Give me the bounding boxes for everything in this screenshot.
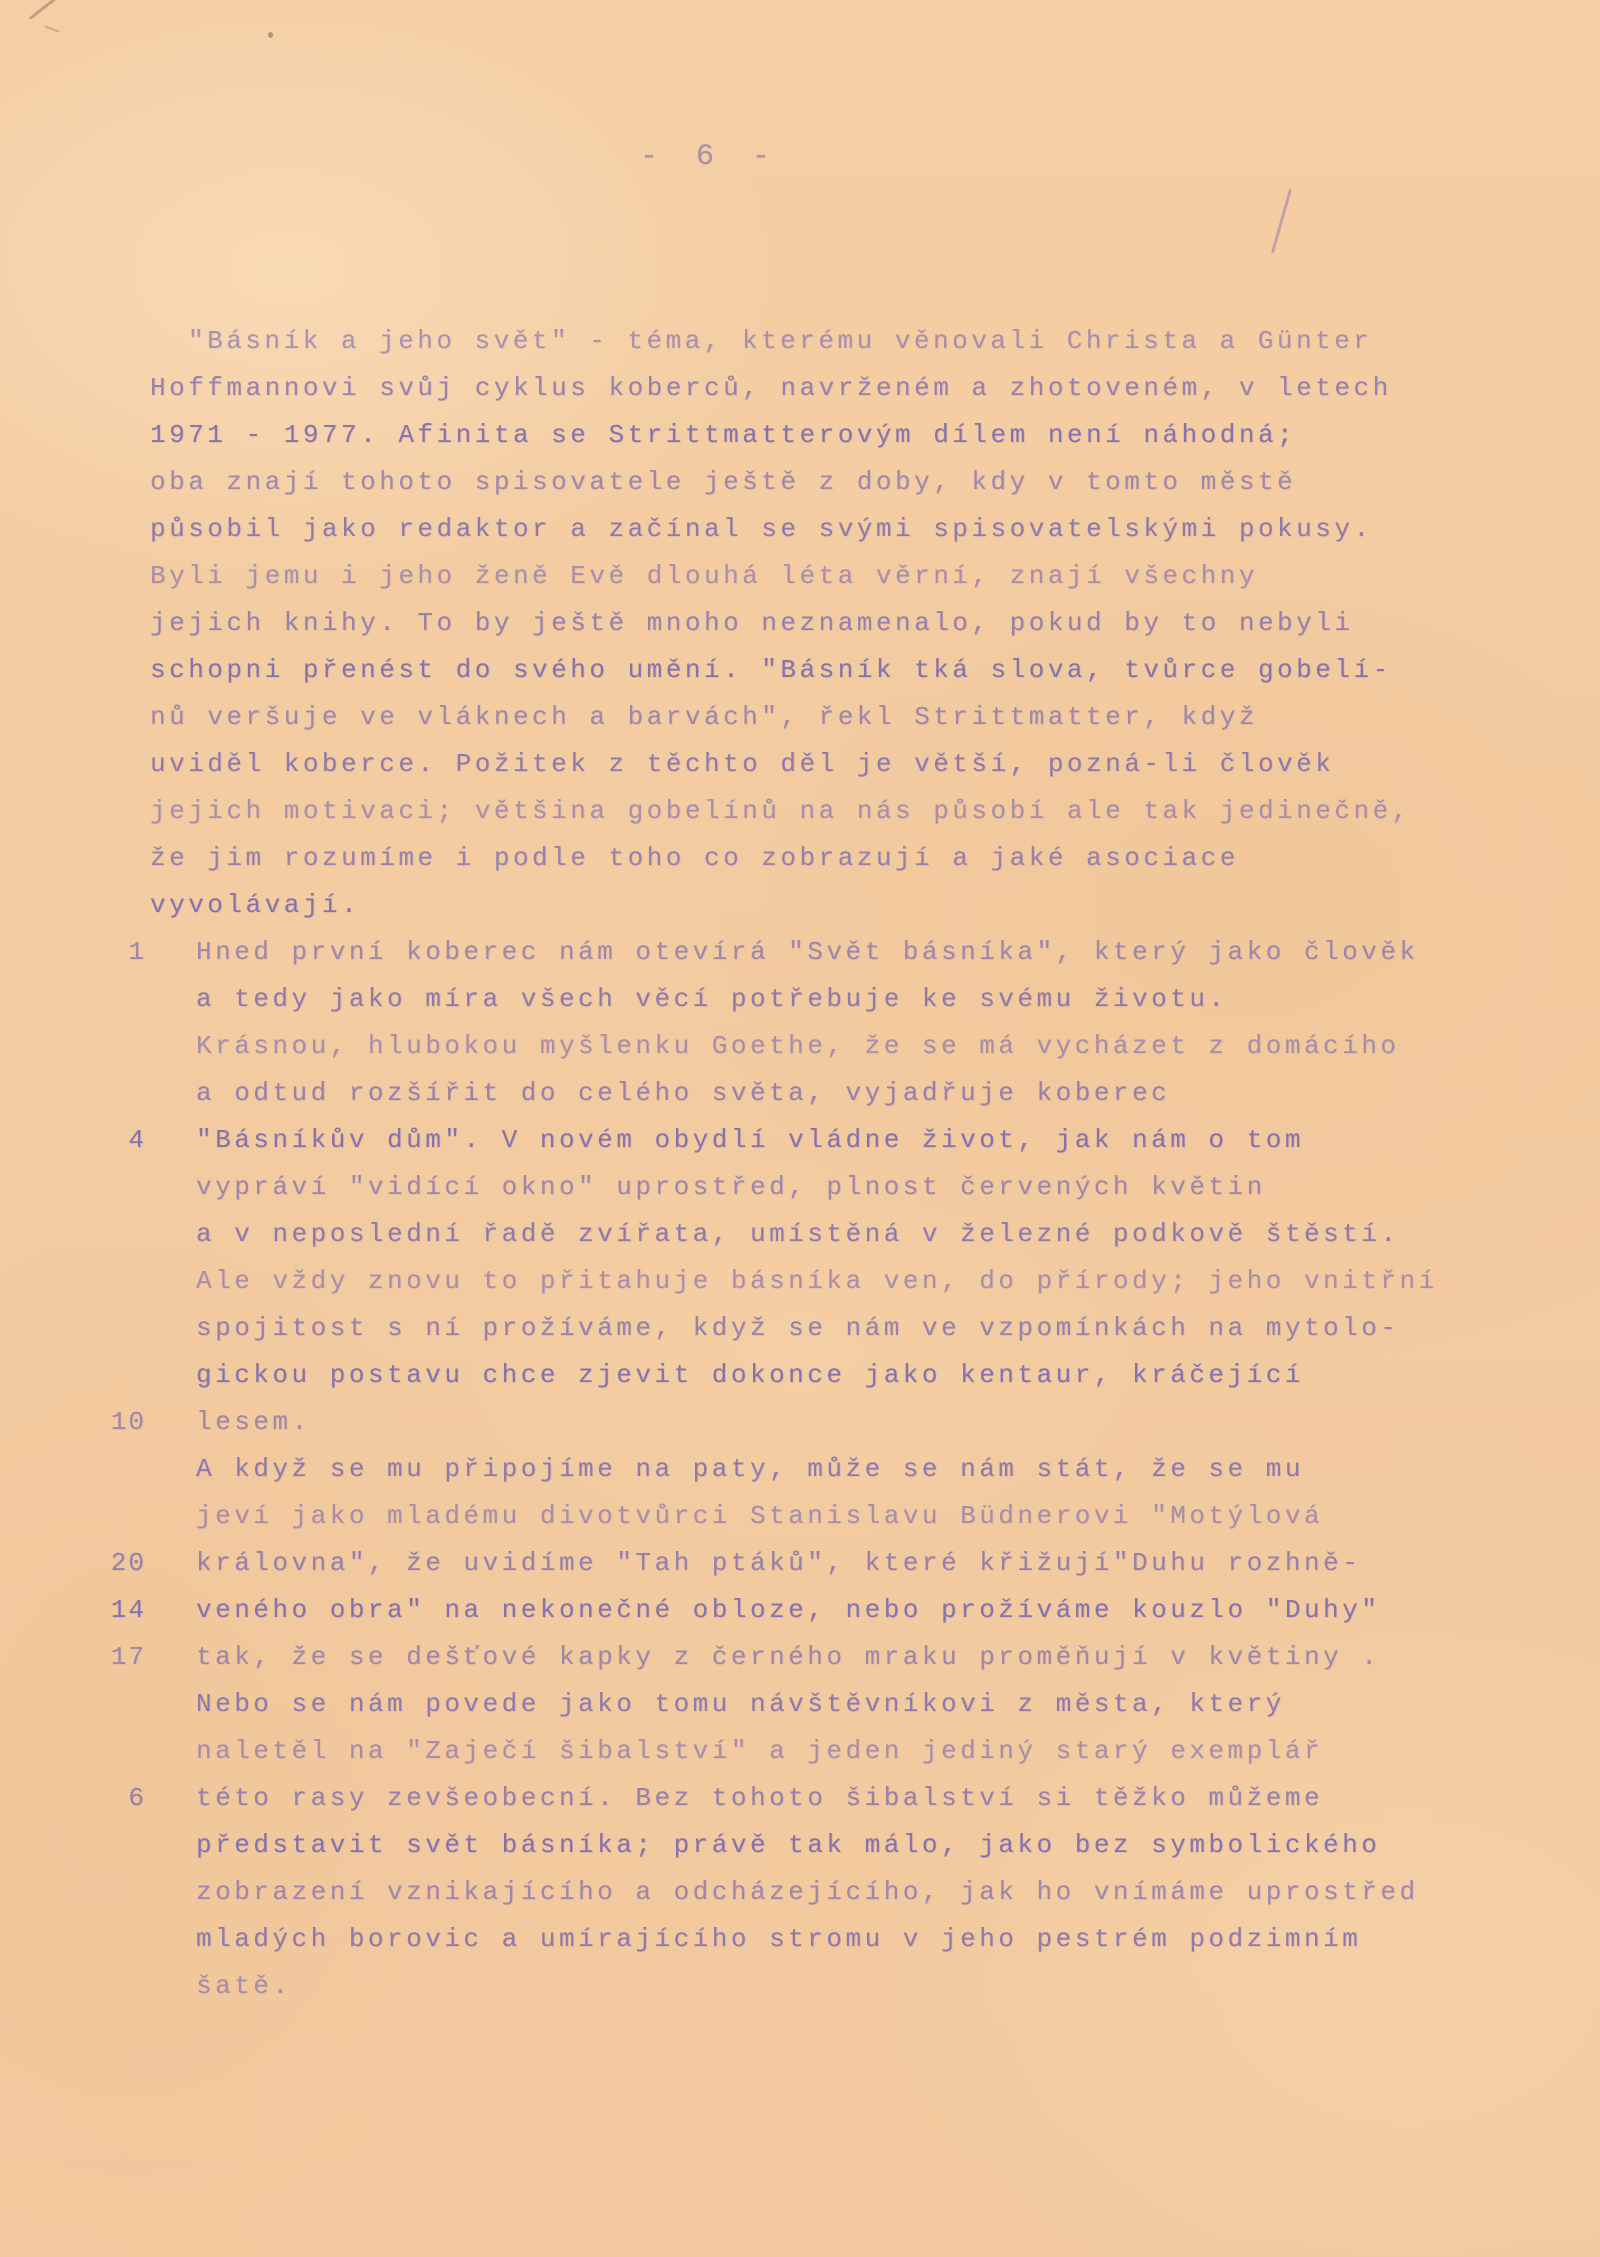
line-text: a tedy jako míra všech věcí potřebuje ke… [0,976,1600,1023]
line-text: Hoffmannovi svůj cyklus koberců, navržen… [0,365,1600,412]
line-text: působil jako redaktor a začínal se svými… [0,506,1600,553]
line-text: jeví jako mladému divotvůrci Stanislavu … [0,1493,1600,1540]
line-text: gickou postavu chce zjevit dokonce jako … [0,1352,1600,1399]
text-line: 17tak, že se dešťové kapky z černého mra… [0,1634,1600,1681]
line-text: oba znají tohoto spisovatele ještě z dob… [0,459,1600,506]
line-text: veného obra" na nekonečné obloze, nebo p… [0,1587,1600,1634]
text-line: 20královna", že uvidíme "Tah ptáků", kte… [0,1540,1600,1587]
text-line: Ale vždy znovu to přitahuje básníka ven,… [0,1258,1600,1305]
text-line: vypráví "vidící okno" uprostřed, plnost … [0,1164,1600,1211]
margin-number: 10 [56,1399,146,1446]
text-line: gickou postavu chce zjevit dokonce jako … [0,1352,1600,1399]
text-line: působil jako redaktor a začínal se svými… [0,506,1600,553]
text-line: mladých borovic a umírajícího stromu v j… [0,1916,1600,1963]
text-lines: "Básník a jeho svět" - téma, kterému věn… [0,318,1600,2010]
text-line: spojitost s ní prožíváme, když se nám ve… [0,1305,1600,1352]
line-text: mladých borovic a umírajícího stromu v j… [0,1916,1600,1963]
line-text: spojitost s ní prožíváme, když se nám ve… [0,1305,1600,1352]
text-line: 10lesem. [0,1399,1600,1446]
text-line: jejich knihy. To by ještě mnoho neznamen… [0,600,1600,647]
text-line: že jim rozumíme i podle toho co zobrazuj… [0,835,1600,882]
line-text: zobrazení vznikajícího a odcházejícího, … [0,1869,1600,1916]
line-text: a odtud rozšířit do celého světa, vyjadř… [0,1070,1600,1117]
margin-number: 6 [56,1775,146,1822]
line-text: A když se mu připojíme na paty, může se … [0,1446,1600,1493]
text-line: nů veršuje ve vláknech a barvách", řekl … [0,694,1600,741]
line-text: vyvolávají. [0,882,1600,929]
slash-mark [1271,189,1292,253]
text-line: Hoffmannovi svůj cyklus koberců, navržen… [0,365,1600,412]
text-line: jejich motivaci; většina gobelínů na nás… [0,788,1600,835]
text-line: A když se mu připojíme na paty, může se … [0,1446,1600,1493]
margin-number: 4 [56,1117,146,1164]
line-text: vypráví "vidící okno" uprostřed, plnost … [0,1164,1600,1211]
line-text: že jim rozumíme i podle toho co zobrazuj… [0,835,1600,882]
line-text: tak, že se dešťové kapky z černého mraku… [0,1634,1600,1681]
text-line: a v neposlední řadě zvířata, umístěná v … [0,1211,1600,1258]
text-line: Krásnou, hlubokou myšlenku Goethe, že se… [0,1023,1600,1070]
line-text: a v neposlední řadě zvířata, umístěná v … [0,1211,1600,1258]
line-text: Byli jemu i jeho ženě Evě dlouhá léta vě… [0,553,1600,600]
text-line: šatě. [0,1963,1600,2010]
line-text: schopni přenést do svého umění. "Básník … [0,647,1600,694]
text-line: zobrazení vznikajícího a odcházejícího, … [0,1869,1600,1916]
line-text: představit svět básníka; právě tak málo,… [0,1822,1600,1869]
text-line: 14veného obra" na nekonečné obloze, nebo… [0,1587,1600,1634]
text-line: 6této rasy zevšeobecní. Bez tohoto šibal… [0,1775,1600,1822]
text-line: vyvolávají. [0,882,1600,929]
pencil-mark [29,0,59,20]
line-text: Hned první koberec nám otevírá "Svět bás… [0,929,1600,976]
line-text: "Básník a jeho svět" - téma, kterému věn… [0,318,1600,365]
text-line: a tedy jako míra všech věcí potřebuje ke… [0,976,1600,1023]
line-text: Ale vždy znovu to přitahuje básníka ven,… [0,1258,1600,1305]
line-text: Nebo se nám povede jako tomu návštěvníko… [0,1681,1600,1728]
text-line: 4"Básníkův dům". V novém obydlí vládne ž… [0,1117,1600,1164]
margin-number: 17 [56,1634,146,1681]
text-line: 1971 - 1977. Afinita se Strittmatterovým… [0,412,1600,459]
line-text: jejich motivaci; většina gobelínů na nás… [0,788,1600,835]
line-text: 1971 - 1977. Afinita se Strittmatterovým… [0,412,1600,459]
pencil-mark [44,25,60,32]
text-line: uviděl koberce. Požitek z těchto děl je … [0,741,1600,788]
text-line: naletěl na "Zaječí šibalství" a jeden je… [0,1728,1600,1775]
line-text: královna", že uvidíme "Tah ptáků", které… [0,1540,1600,1587]
text-line: jeví jako mladému divotvůrci Stanislavu … [0,1493,1600,1540]
text-line: představit svět básníka; právě tak málo,… [0,1822,1600,1869]
scanned-page: - 6 - "Básník a jeho svět" - téma, které… [0,0,1600,2257]
line-text: nů veršuje ve vláknech a barvách", řekl … [0,694,1600,741]
line-text: "Básníkův dům". V novém obydlí vládne ži… [0,1117,1600,1164]
text-line: 1Hned první koberec nám otevírá "Svět bá… [0,929,1600,976]
line-text: této rasy zevšeobecní. Bez tohoto šibals… [0,1775,1600,1822]
text-line: oba znají tohoto spisovatele ještě z dob… [0,459,1600,506]
ink-speck [268,32,273,38]
line-text: uviděl koberce. Požitek z těchto děl je … [0,741,1600,788]
margin-number: 1 [56,929,146,976]
line-text: jejich knihy. To by ještě mnoho neznamen… [0,600,1600,647]
line-text: lesem. [0,1399,1600,1446]
text-line: Byli jemu i jeho ženě Evě dlouhá léta vě… [0,553,1600,600]
text-line: "Básník a jeho svět" - téma, kterému věn… [0,318,1600,365]
text-line: Nebo se nám povede jako tomu návštěvníko… [0,1681,1600,1728]
line-text: šatě. [0,1963,1600,2010]
page-number: - 6 - [640,140,780,174]
margin-number: 14 [56,1587,146,1634]
text-line: a odtud rozšířit do celého světa, vyjadř… [0,1070,1600,1117]
line-text: Krásnou, hlubokou myšlenku Goethe, že se… [0,1023,1600,1070]
line-text: naletěl na "Zaječí šibalství" a jeden je… [0,1728,1600,1775]
margin-number: 20 [56,1540,146,1587]
text-line: schopni přenést do svého umění. "Básník … [0,647,1600,694]
